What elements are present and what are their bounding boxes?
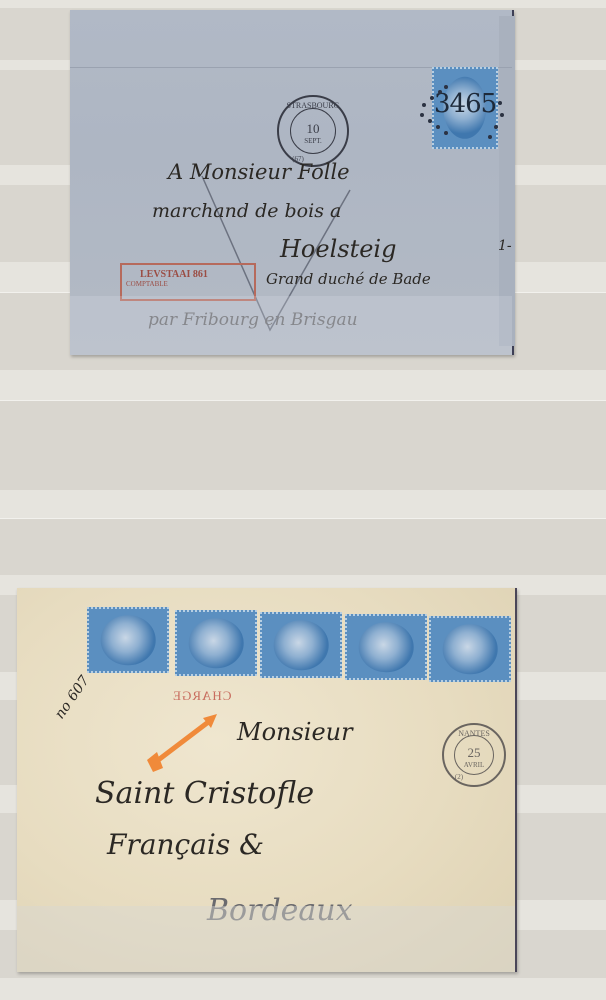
stamp-2 bbox=[175, 610, 257, 676]
postmark-strasbourg: STRASBOURG 10 SEPT. (67) bbox=[277, 95, 349, 167]
address-line-1: A Monsieur Folle bbox=[168, 160, 350, 184]
stockbook-strip bbox=[0, 370, 606, 400]
strip-edge bbox=[0, 518, 606, 519]
dotted-cancel-icon bbox=[410, 65, 510, 155]
stamp-3 bbox=[260, 612, 342, 678]
arrow-icon bbox=[145, 710, 225, 774]
cover-strasbourg: 3465 STRASBOURG 10 SEPT. (67) A Monsieur… bbox=[70, 10, 514, 355]
strip-edge bbox=[0, 400, 606, 401]
postmark-month: SEPT. bbox=[279, 137, 347, 145]
address-line-3: Français & bbox=[107, 828, 264, 861]
postmark-day: 10 bbox=[279, 121, 347, 137]
annotation-number: no 607 bbox=[52, 673, 93, 722]
stamp-5 bbox=[429, 616, 511, 682]
cover-nantes: CHARGE no 607 NANTES 25 AVRIL (2) Monsie… bbox=[17, 588, 517, 972]
address-line-2: Saint Cristofle bbox=[95, 776, 314, 811]
address-line-3: Hoelsteig bbox=[280, 235, 396, 263]
postmark-nantes: NANTES 25 AVRIL (2) bbox=[442, 723, 506, 787]
stamp-portrait bbox=[189, 618, 244, 668]
cachet-line-1: LEVSTAAI 861 bbox=[126, 269, 250, 280]
stockbook-strip-overlay bbox=[17, 906, 515, 972]
stockbook-strip-overlay bbox=[70, 296, 512, 355]
postmark-dept: (2) bbox=[414, 773, 504, 781]
stamp-portrait bbox=[101, 615, 156, 665]
red-charge-mark: CHARGE bbox=[172, 688, 231, 704]
address-line-1: Monsieur bbox=[237, 718, 353, 746]
postmark-day: 25 bbox=[444, 745, 504, 761]
stamp-4 bbox=[345, 614, 427, 680]
stockbook-strip bbox=[0, 490, 606, 518]
postmark-month: AVRIL bbox=[444, 761, 504, 769]
stamp-portrait bbox=[443, 624, 498, 674]
margin-note: 1- bbox=[498, 238, 512, 254]
cachet-line-2: COMPTABLE bbox=[126, 280, 250, 288]
stamp-1 bbox=[87, 607, 169, 673]
stamp-portrait bbox=[274, 620, 329, 670]
stamp-portrait bbox=[359, 622, 414, 672]
stockbook-strip bbox=[0, 978, 606, 1000]
address-line-2: marchand de bois a bbox=[152, 200, 341, 222]
postmark-town: NANTES bbox=[444, 729, 504, 738]
postmark-town: STRASBOURG bbox=[279, 101, 347, 110]
address-line-4: Grand duché de Bade bbox=[266, 270, 431, 288]
stockbook-strip bbox=[0, 0, 606, 8]
